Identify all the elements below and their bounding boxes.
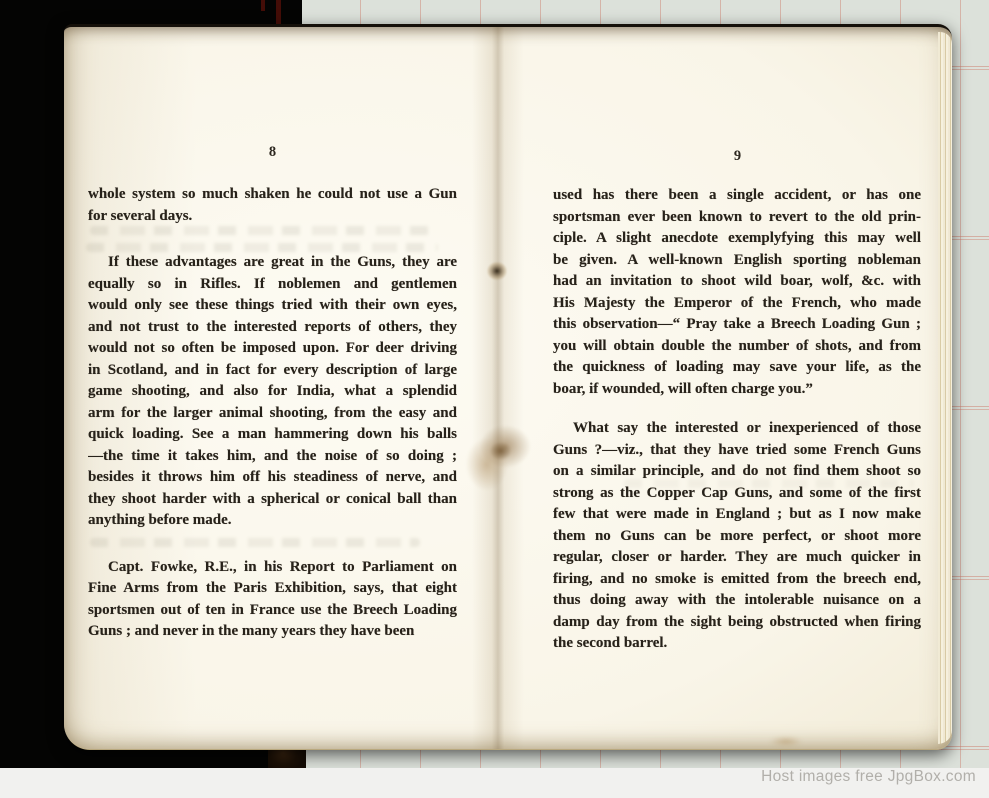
text-line: Capt. Fowke, R.E., in his Report to Parl…	[88, 557, 457, 579]
page-bottom-stain	[764, 735, 808, 748]
text-line: few that were made in England ; but as I…	[553, 504, 921, 526]
left-text-column: whole system so much shaken he could not…	[88, 184, 457, 643]
text-line: for several days.	[88, 206, 457, 228]
text-line: strong as the Copper Cap Guns, and some …	[553, 483, 921, 505]
text-line: thus doing away with the intolerable nui…	[553, 590, 921, 612]
watermark-bar: Host images free JpgBox.com	[0, 768, 989, 798]
paragraph: If these advantages are great in the Gun…	[88, 252, 457, 532]
text-line: Fine Arms from the Paris Exhibition, say…	[88, 578, 457, 600]
text-line: firing, and no smoke is emitted from the…	[553, 569, 921, 591]
text-line: equally so in Rifles. If noblemen and ge…	[88, 274, 457, 296]
text-line: sportsman ever been known to revert to t…	[553, 207, 921, 229]
paragraph: Capt. Fowke, R.E., in his Report to Parl…	[88, 557, 457, 643]
text-line: in Scotland, and in fact for every descr…	[88, 360, 457, 382]
text-line: this observation—“ Pray take a Breech Lo…	[553, 314, 921, 336]
right-text-column: used has there been a single accident, o…	[553, 185, 921, 655]
text-line: would not so often be imposed upon. For …	[88, 338, 457, 360]
right-page-number: 9	[553, 146, 922, 166]
text-line: regular, closer or harder. They are much…	[553, 547, 921, 569]
text-line: would only see these things tried with t…	[88, 295, 457, 317]
gutter-stain-large	[450, 407, 542, 495]
photo-of-open-book: 8 9 whole system so much shaken he could…	[0, 0, 989, 798]
text-line: quick loading. See a man hammering down …	[88, 424, 457, 446]
text-line: they shoot harder with a spherical or co…	[88, 489, 457, 511]
left-page-number: 8	[88, 142, 457, 162]
text-line: and not trust to the interested reports …	[88, 317, 457, 339]
page-stack-edge	[938, 32, 952, 744]
text-line: ciple. A slight anecdote exemplyfying th…	[553, 228, 921, 250]
text-line: Guns ; and never in the many years they …	[88, 621, 457, 643]
text-line: be given. A well-known English sporting …	[553, 250, 921, 272]
text-line: boar, if wounded, will often charge you.…	[553, 379, 921, 401]
paragraph: What say the interested or inexperienced…	[553, 418, 921, 655]
text-line: whole system so much shaken he could not…	[88, 184, 457, 206]
watermark-text: Host images free JpgBox.com	[761, 768, 976, 786]
paragraph: used has there been a single accident, o…	[553, 185, 921, 400]
book-gutter-shadow	[472, 27, 524, 749]
text-line: His Majesty the Emperor of the French, w…	[553, 293, 921, 315]
text-line: arm for the larger animal shooting, from…	[88, 403, 457, 425]
text-line: damp day from the sight being obstructed…	[553, 612, 921, 634]
text-line: If these advantages are great in the Gun…	[88, 252, 457, 274]
text-line: used has there been a single accident, o…	[553, 185, 921, 207]
text-line: them no Guns can be more perfect, or sho…	[553, 526, 921, 548]
text-line: What say the interested or inexperienced…	[553, 418, 921, 440]
text-line: anything before made.	[88, 510, 457, 532]
open-book: 8 9 whole system so much shaken he could…	[64, 24, 952, 750]
text-line: besides it throws him off his steadiness…	[88, 467, 457, 489]
text-line: —the time it takes him, and the noise of…	[88, 446, 457, 468]
text-line: game shooting, and also for India, what …	[88, 381, 457, 403]
text-line: on a similar principle, and do not find …	[553, 461, 921, 483]
text-line: you will obtain double the number of sho…	[553, 336, 921, 358]
red-ink-mark	[276, 0, 281, 24]
text-line: sportsmen out of ten in France use the B…	[88, 600, 457, 622]
text-line: the quickness of loading may save your l…	[553, 357, 921, 379]
gutter-stain-small	[484, 259, 510, 283]
text-line: Guns ?—viz., that they have tried some F…	[553, 440, 921, 462]
red-ink-mark	[261, 0, 265, 11]
text-line: the second barrel.	[553, 633, 921, 655]
paragraph: whole system so much shaken he could not…	[88, 184, 457, 227]
text-line: had an invitation to shoot wild boar, wo…	[553, 271, 921, 293]
